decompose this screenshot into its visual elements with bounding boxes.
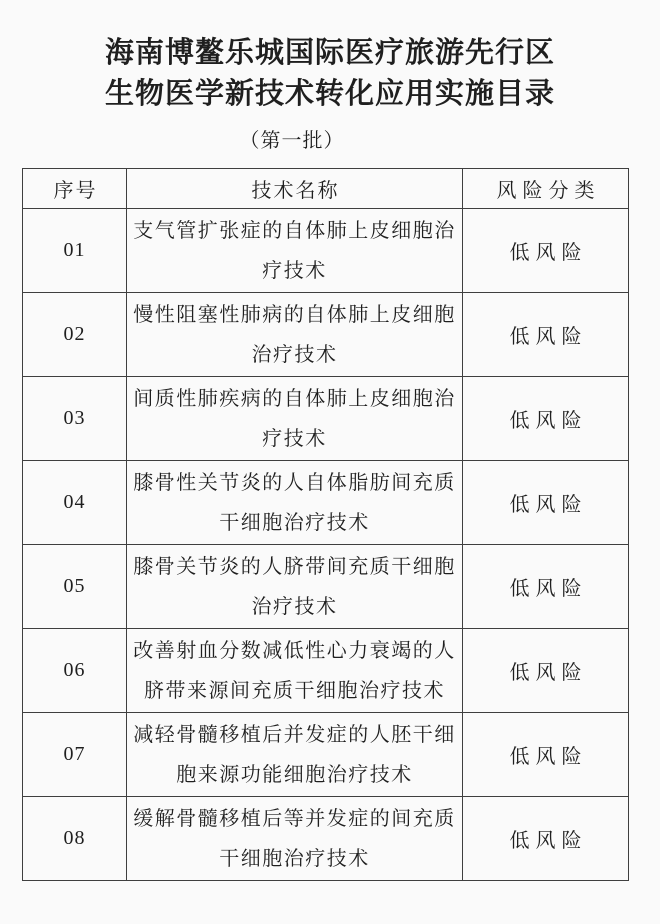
tech-name-line1: 慢性阻塞性肺病的自体肺上皮细胞 <box>131 295 458 335</box>
col-header-risk: 风险分类 <box>463 169 629 209</box>
catalog-table: 序号 技术名称 风险分类 01 支气管扩张症的自体肺上皮细胞治 疗技术 低风险 … <box>22 168 629 881</box>
risk-class-cell: 低风险 <box>463 293 629 377</box>
table-row: 08 缓解骨髓移植后等并发症的间充质 干细胞治疗技术 低风险 <box>23 797 629 881</box>
col-header-name: 技术名称 <box>127 169 463 209</box>
risk-class-cell: 低风险 <box>463 713 629 797</box>
row-index-cell: 07 <box>23 713 127 797</box>
tech-name-line2: 胞来源功能细胞治疗技术 <box>131 755 458 795</box>
risk-class-cell: 低风险 <box>463 209 629 293</box>
page-subtitle: （第一批） <box>0 128 584 154</box>
page-title-line2: 生物医学新技术转化应用实施目录 <box>0 74 660 115</box>
tech-name-cell: 支气管扩张症的自体肺上皮细胞治 疗技术 <box>127 209 463 293</box>
tech-name-cell: 缓解骨髓移植后等并发症的间充质 干细胞治疗技术 <box>127 797 463 881</box>
table-header-row: 序号 技术名称 风险分类 <box>23 169 629 209</box>
document-page: 海南博鳌乐城国际医疗旅游先行区 生物医学新技术转化应用实施目录 （第一批） 序号… <box>0 0 660 924</box>
table-row: 07 减轻骨髓移植后并发症的人胚干细 胞来源功能细胞治疗技术 低风险 <box>23 713 629 797</box>
tech-name-cell: 膝骨关节炎的人脐带间充质干细胞 治疗技术 <box>127 545 463 629</box>
tech-name-cell: 膝骨性关节炎的人自体脂肪间充质 干细胞治疗技术 <box>127 461 463 545</box>
risk-class-cell: 低风险 <box>463 377 629 461</box>
table-row: 04 膝骨性关节炎的人自体脂肪间充质 干细胞治疗技术 低风险 <box>23 461 629 545</box>
tech-name-line2: 治疗技术 <box>131 587 458 627</box>
risk-class-cell: 低风险 <box>463 797 629 881</box>
tech-name-line2: 脐带来源间充质干细胞治疗技术 <box>131 671 458 711</box>
tech-name-line1: 改善射血分数减低性心力衰竭的人 <box>131 631 458 671</box>
table-row: 05 膝骨关节炎的人脐带间充质干细胞 治疗技术 低风险 <box>23 545 629 629</box>
tech-name-line2: 疗技术 <box>131 419 458 459</box>
tech-name-line1: 膝骨关节炎的人脐带间充质干细胞 <box>131 547 458 587</box>
tech-name-line1: 缓解骨髓移植后等并发症的间充质 <box>131 799 458 839</box>
tech-name-line1: 膝骨性关节炎的人自体脂肪间充质 <box>131 463 458 503</box>
table-row: 01 支气管扩张症的自体肺上皮细胞治 疗技术 低风险 <box>23 209 629 293</box>
table-row: 06 改善射血分数减低性心力衰竭的人 脐带来源间充质干细胞治疗技术 低风险 <box>23 629 629 713</box>
page-title: 海南博鳌乐城国际医疗旅游先行区 生物医学新技术转化应用实施目录 <box>0 33 660 115</box>
row-index-cell: 08 <box>23 797 127 881</box>
table-row: 02 慢性阻塞性肺病的自体肺上皮细胞 治疗技术 低风险 <box>23 293 629 377</box>
tech-name-line1: 间质性肺疾病的自体肺上皮细胞治 <box>131 379 458 419</box>
risk-class-cell: 低风险 <box>463 461 629 545</box>
risk-class-cell: 低风险 <box>463 629 629 713</box>
tech-name-line2: 干细胞治疗技术 <box>131 839 458 879</box>
tech-name-line2: 治疗技术 <box>131 335 458 375</box>
row-index-cell: 05 <box>23 545 127 629</box>
col-header-index: 序号 <box>23 169 127 209</box>
row-index-cell: 01 <box>23 209 127 293</box>
row-index-cell: 03 <box>23 377 127 461</box>
row-index-cell: 02 <box>23 293 127 377</box>
tech-name-line1: 减轻骨髓移植后并发症的人胚干细 <box>131 715 458 755</box>
tech-name-cell: 减轻骨髓移植后并发症的人胚干细 胞来源功能细胞治疗技术 <box>127 713 463 797</box>
risk-class-cell: 低风险 <box>463 545 629 629</box>
tech-name-cell: 间质性肺疾病的自体肺上皮细胞治 疗技术 <box>127 377 463 461</box>
tech-name-cell: 改善射血分数减低性心力衰竭的人 脐带来源间充质干细胞治疗技术 <box>127 629 463 713</box>
row-index-cell: 06 <box>23 629 127 713</box>
tech-name-line1: 支气管扩张症的自体肺上皮细胞治 <box>131 211 458 251</box>
row-index-cell: 04 <box>23 461 127 545</box>
page-title-line1: 海南博鳌乐城国际医疗旅游先行区 <box>0 33 660 74</box>
table-row: 03 间质性肺疾病的自体肺上皮细胞治 疗技术 低风险 <box>23 377 629 461</box>
tech-name-line2: 干细胞治疗技术 <box>131 503 458 543</box>
tech-name-cell: 慢性阻塞性肺病的自体肺上皮细胞 治疗技术 <box>127 293 463 377</box>
tech-name-line2: 疗技术 <box>131 251 458 291</box>
